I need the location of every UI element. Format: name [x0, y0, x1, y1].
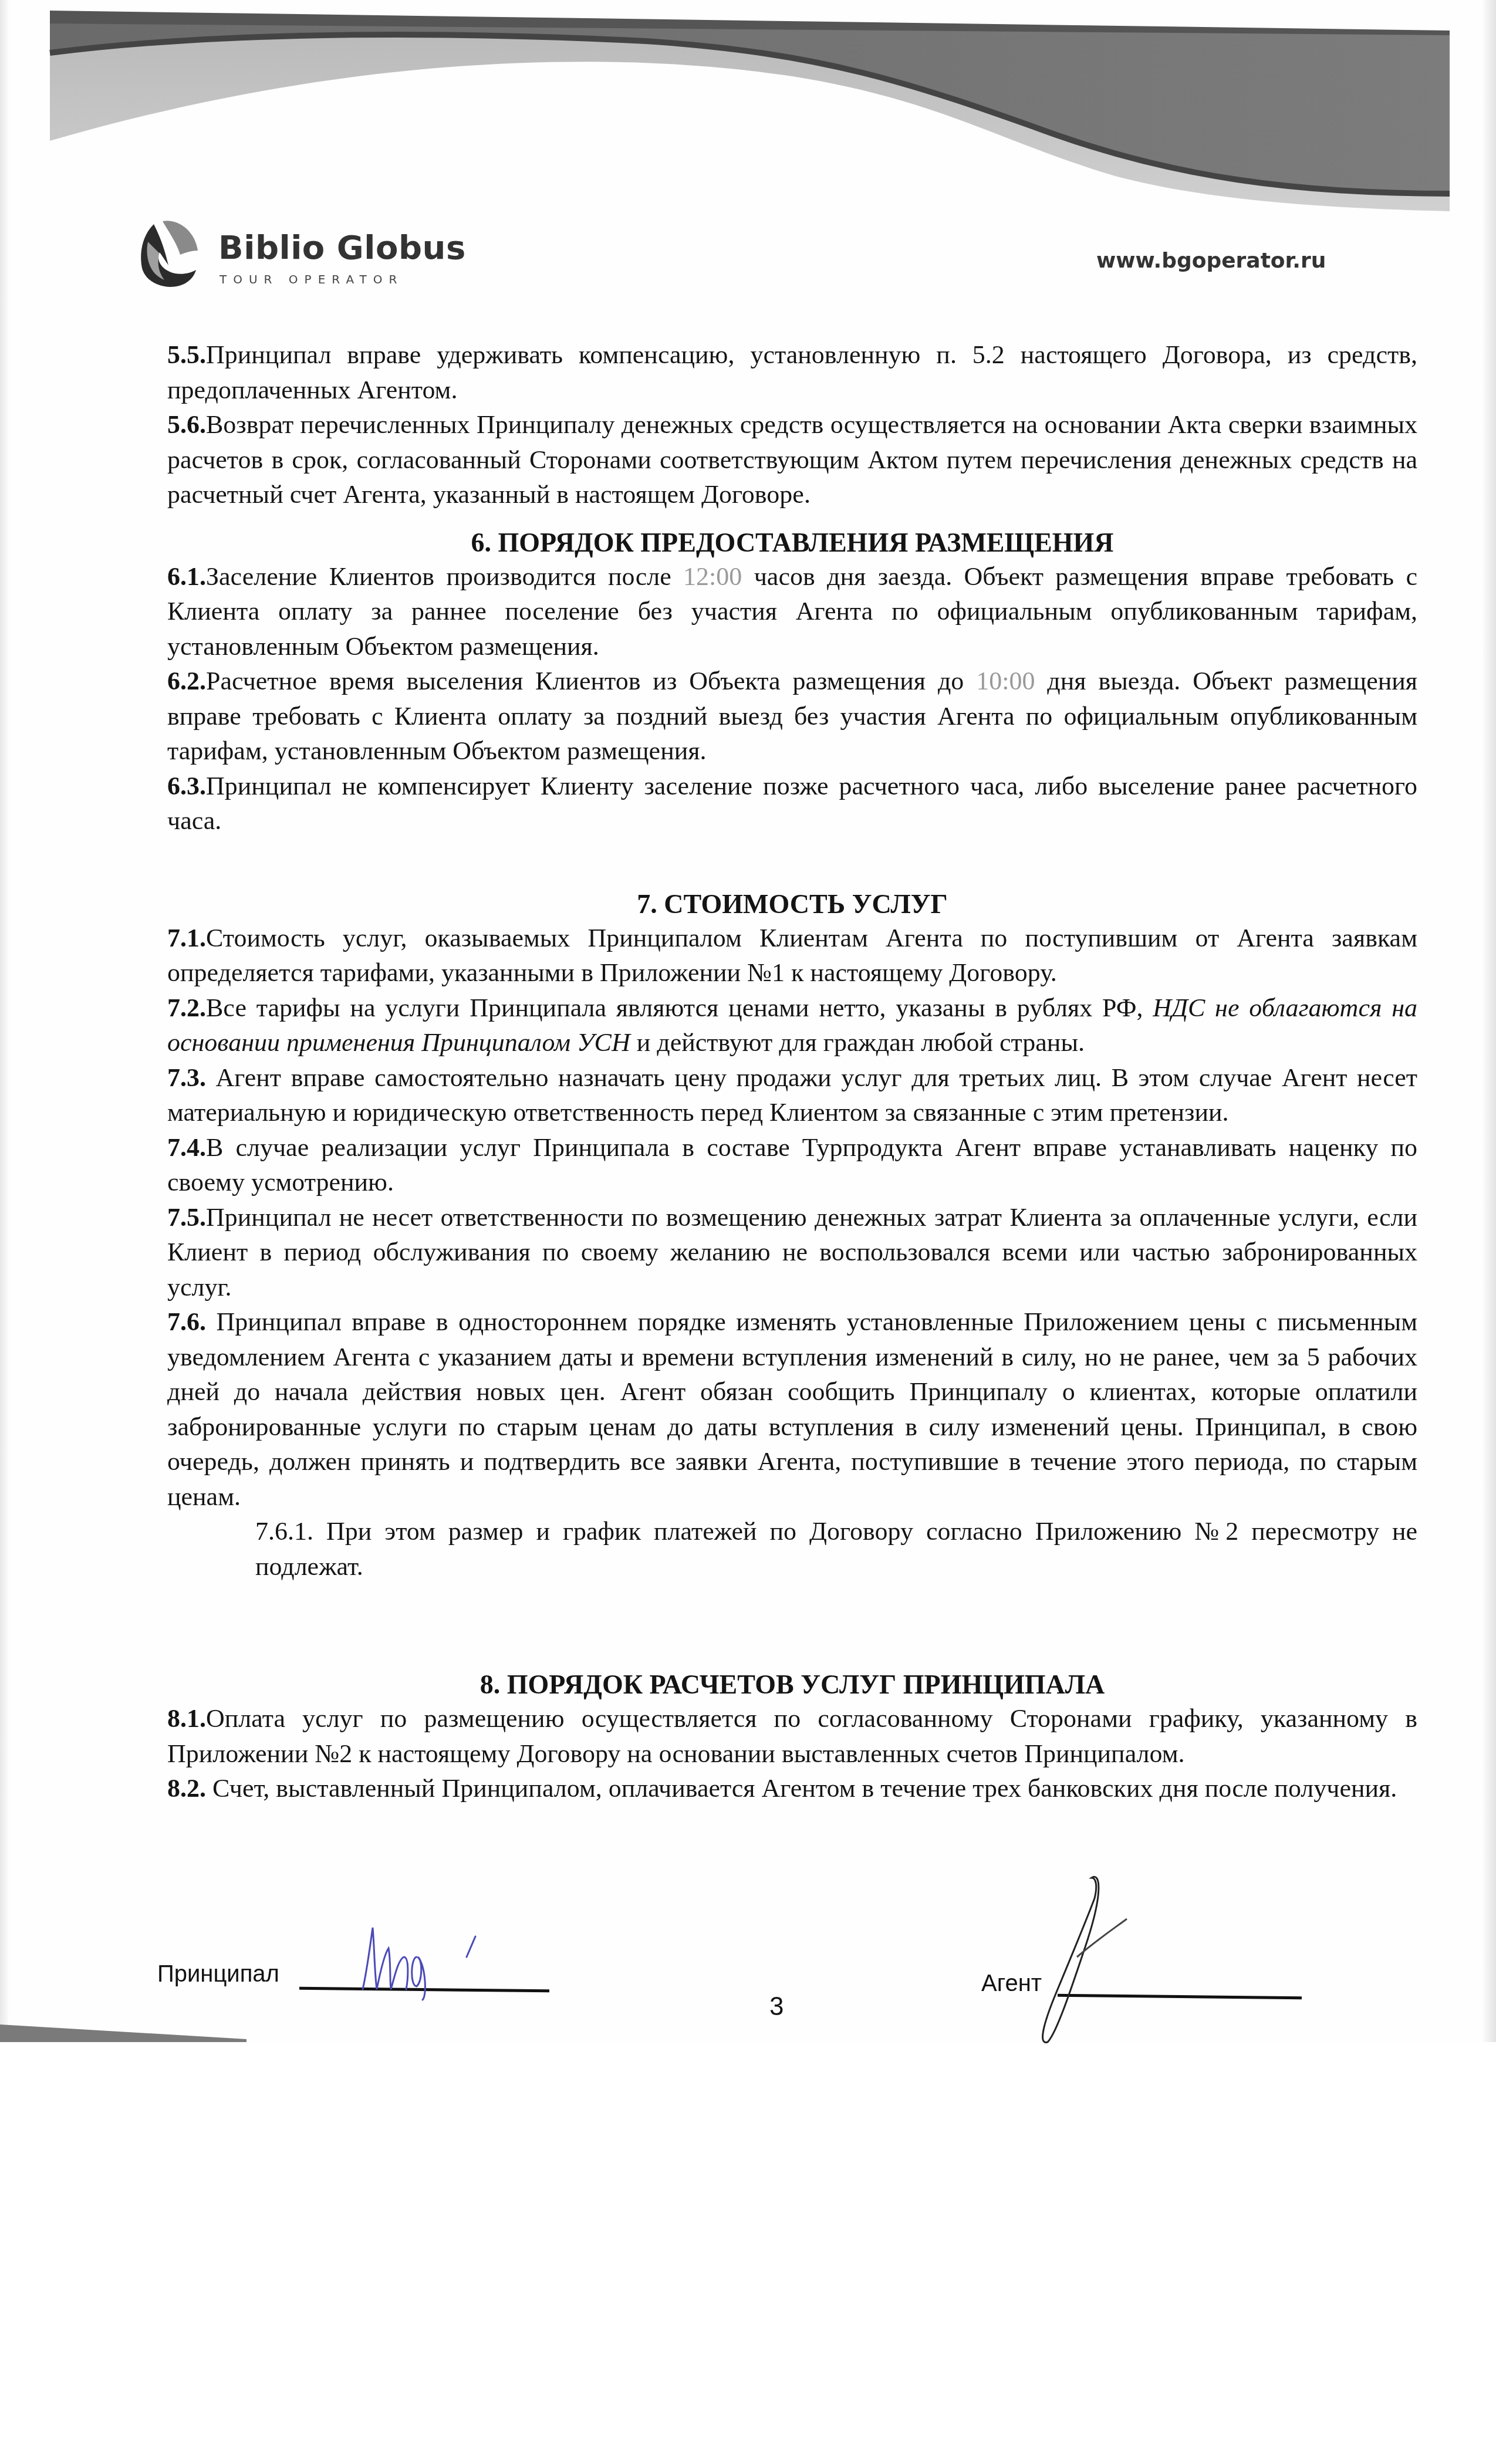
- principal-label: Принципал: [157, 1961, 279, 1988]
- website-url: www.bgoperator.ru: [1096, 249, 1326, 273]
- clause-6-1: 6.1.Заселение Клиентов производится посл…: [167, 559, 1417, 664]
- brand-name: Biblio Globus: [218, 229, 466, 267]
- page-number: 3: [769, 1992, 784, 2022]
- scan-corner-shadow: [0, 2019, 246, 2042]
- scan-edge-right: [1483, 0, 1496, 2042]
- principal-signature-icon: [352, 1925, 528, 2001]
- section-7-title: 7. СТОИМОСТЬ УСЛУГ: [167, 888, 1417, 921]
- document-body: 5.5.Принципал вправе удерживать компенса…: [167, 337, 1417, 1806]
- scan-edge-left: [0, 0, 8, 2042]
- clause-8-2: 8.2. Счет, выставленный Принципалом, опл…: [167, 1771, 1417, 1806]
- clause-7-6: 7.6. Принципал вправе в одностороннем по…: [167, 1304, 1417, 1514]
- checkout-time: 10:00: [976, 667, 1035, 695]
- clause-7-6-1: 7.6.1. При этом размер и график платежей…: [255, 1514, 1417, 1584]
- clause-7-2: 7.2.Все тарифы на услуги Принципала явля…: [167, 991, 1417, 1060]
- section-6-title: 6. ПОРЯДОК ПРЕДОСТАВЛЕНИЯ РАЗМЕЩЕНИЯ: [167, 526, 1417, 559]
- clause-6-3: 6.3.Принципал не компенсирует Клиенту за…: [167, 769, 1417, 839]
- document-page: Biblio Globus TOUR OPERATOR www.bgoperat…: [0, 0, 1496, 2042]
- brand-tagline: TOUR OPERATOR: [219, 272, 403, 286]
- agent-signature-icon: [1015, 1875, 1215, 2051]
- section-8-title: 8. ПОРЯДОК РАСЧЕТОВ УСЛУГ ПРИНЦИПАЛА: [167, 1668, 1417, 1701]
- clause-6-2: 6.2.Расчетное время выселения Клиентов и…: [167, 664, 1417, 769]
- clause-5-6: 5.6.Возврат перечисленных Принципалу ден…: [167, 407, 1417, 512]
- clause-7-4: 7.4.В случае реализации услуг Принципала…: [167, 1130, 1417, 1200]
- clause-8-1: 8.1.Оплата услуг по размещению осуществл…: [167, 1701, 1417, 1771]
- clause-5-5: 5.5.Принципал вправе удерживать компенса…: [167, 337, 1417, 407]
- checkin-time: 12:00: [683, 562, 742, 591]
- biblio-globus-logo-icon: [136, 218, 202, 293]
- brand-logo: Biblio Globus TOUR OPERATOR: [136, 218, 500, 295]
- clause-7-1: 7.1.Стоимость услуг, оказываемых Принцип…: [167, 921, 1417, 991]
- clause-7-5: 7.5.Принципал не несет ответственности п…: [167, 1200, 1417, 1305]
- header-wave-decoration: [0, 0, 1496, 211]
- clause-7-3: 7.3. Агент вправе самостоятельно назнача…: [167, 1060, 1417, 1130]
